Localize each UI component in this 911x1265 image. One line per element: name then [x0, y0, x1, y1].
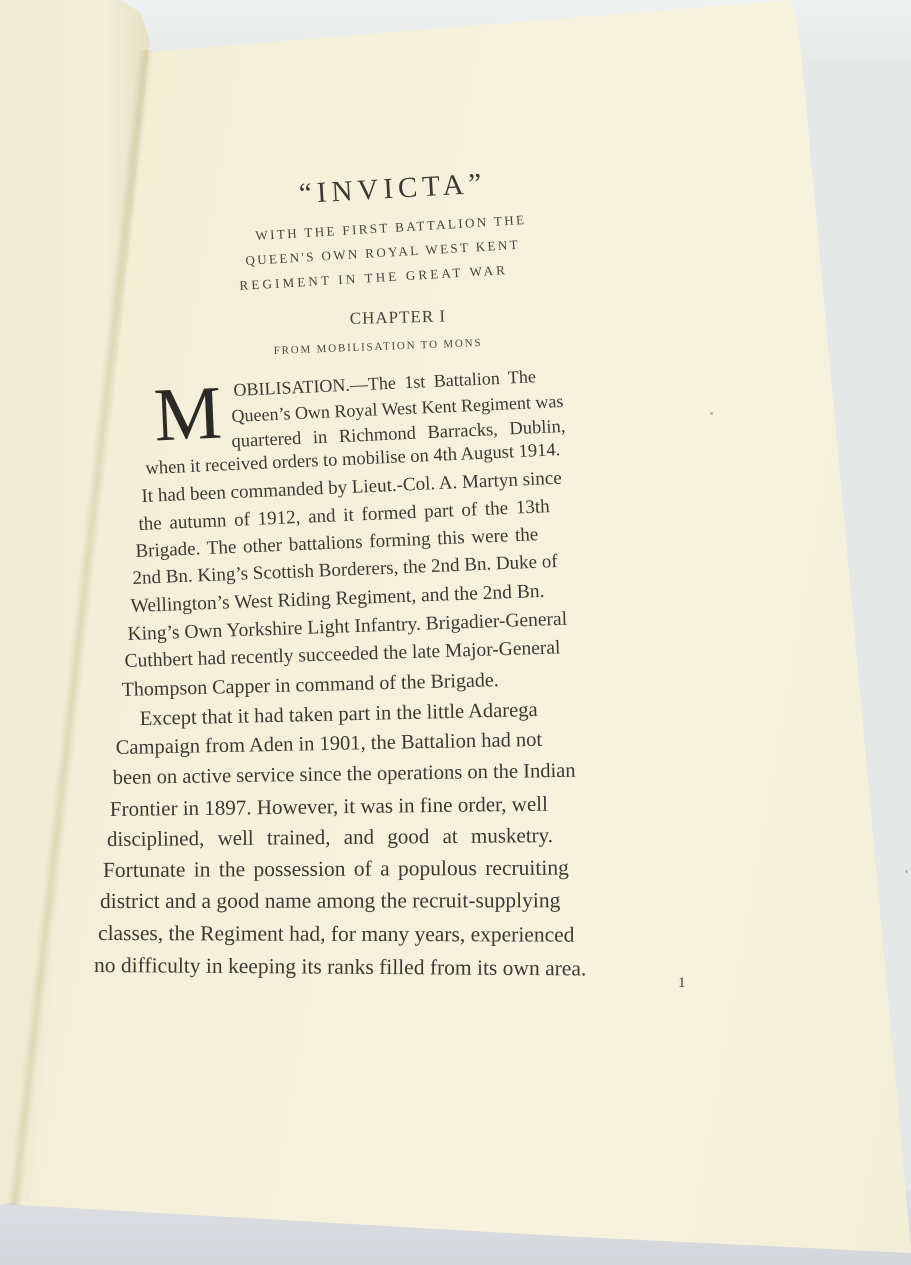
paper-speck: [905, 870, 908, 873]
body-line: Fortunate in the possession of a populou…: [103, 856, 569, 883]
page-number: 1: [678, 975, 686, 992]
body-line: Thompson Capper in command of the Brigad…: [121, 669, 499, 702]
paper-speck: [710, 412, 713, 415]
body-line: no difficulty in keeping its ranks fille…: [94, 953, 586, 981]
body-line: disciplined, well trained, and good at m…: [107, 823, 553, 852]
body-line: classes, the Regiment had, for many year…: [98, 921, 574, 948]
chapter-title: FROM MOBILISATION TO MONS: [274, 337, 483, 357]
body-line: Campaign from Aden in 1901, the Battalio…: [116, 729, 543, 760]
body-line: Frontier in 1897. However, it was in fin…: [110, 792, 548, 822]
body-line: been on active service since the operati…: [113, 760, 576, 790]
printed-page: “INVICTA” WITH THE FIRST BATTALION THE Q…: [0, 0, 911, 1265]
body-line: Except that it had taken part in the lit…: [139, 699, 537, 731]
chapter-heading: CHAPTER I: [349, 306, 446, 329]
drop-cap: M: [152, 375, 223, 454]
book-title: “INVICTA”: [298, 168, 487, 211]
body-line: district and a good name among the recru…: [100, 888, 560, 914]
